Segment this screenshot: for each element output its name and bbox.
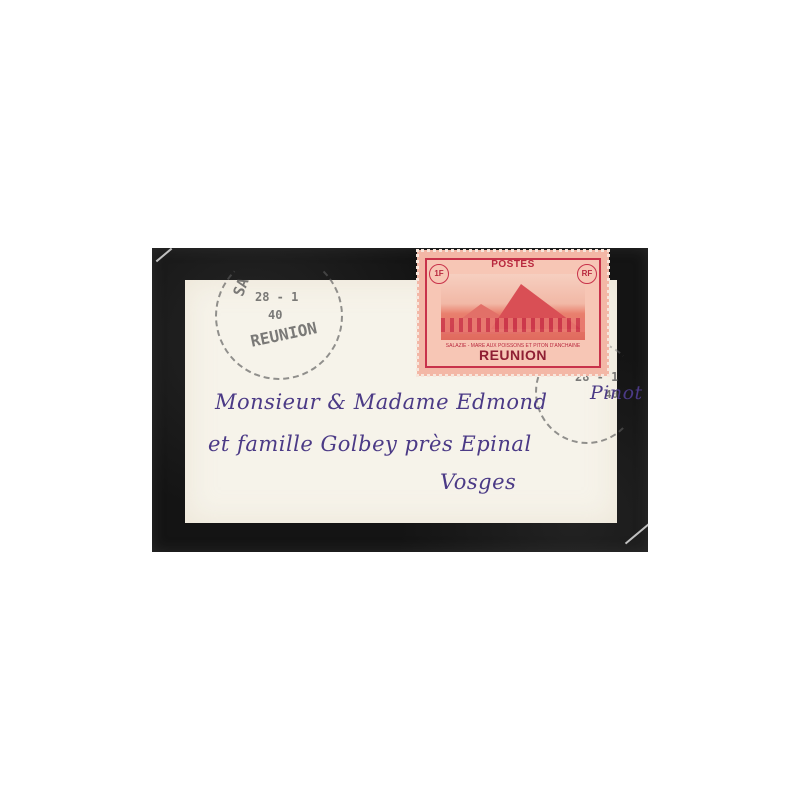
stamp-trees [441,318,585,332]
stamp-value: 1F [429,264,449,284]
postmark-left-year: 40 [268,308,282,322]
address-line-1: Monsieur & Madame Edmond [215,390,548,414]
address-line-3: Vosges [440,470,516,494]
scuff-mark [156,248,173,262]
stamp-rf-mark: RF [577,264,597,284]
stamp-country: REUNION [427,347,599,363]
stamp-landscape [441,274,585,340]
address-surname: Pinot [590,382,643,404]
scuff-mark [625,524,649,545]
stamp-header: POSTES [427,259,599,270]
postage-stamp: POSTES 1F RF SALAZIE - MARE AUX POISSONS… [417,250,609,376]
postmark-left-date: 28 - 1 [255,290,298,304]
stamp-frame: POSTES 1F RF SALAZIE - MARE AUX POISSONS… [425,258,601,368]
address-line-2: et famille Golbey près Epinal [208,432,532,456]
